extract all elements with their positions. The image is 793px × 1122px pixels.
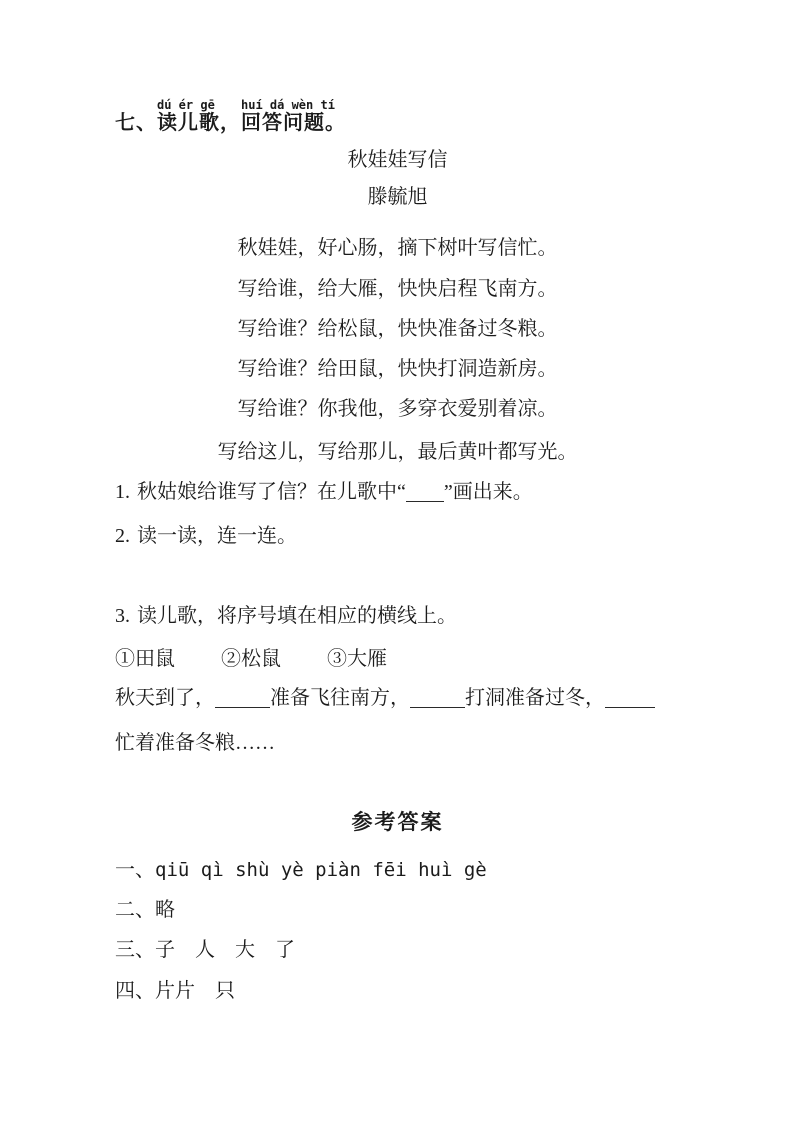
heading-text-answer-questions: 回答问题。 <box>241 112 346 135</box>
fill-sentence: 秋天到了，准备飞往南方，打洞准备过冬， <box>115 687 655 709</box>
answer-row-3: 三、子 人 大 了 <box>115 939 295 961</box>
section-number: 七、 <box>115 112 157 135</box>
question-1-blank <box>406 488 444 502</box>
question-3-text: 读儿歌，将序号填在相应的横线上。 <box>137 605 457 627</box>
option-wild-goose: ③大雁 <box>327 648 387 670</box>
fill-segment-2: 准备飞往南方， <box>270 687 410 709</box>
poem-title: 秋娃娃写信 <box>115 149 680 171</box>
answer-4-text: 片片 只 <box>155 980 235 1002</box>
answer-row-2: 二、略 <box>115 899 175 921</box>
fill-blank-3 <box>605 694 655 708</box>
answer-3-label: 三、 <box>115 939 155 961</box>
fill-blank-2 <box>410 694 465 708</box>
heading-group-read-rhyme: dú ér gē 读儿歌， <box>157 99 241 135</box>
heading-text-read-rhyme: 读儿歌， <box>157 112 241 135</box>
answer-row-4: 四、片片 只 <box>115 980 235 1002</box>
question-1-number: 1. <box>115 481 130 503</box>
poem-line-1: 秋娃娃，好心肠，摘下树叶写信忙。 <box>115 237 680 259</box>
section-heading: 七、 dú ér gē 读儿歌， huí dá wèn tí 回答问题。 <box>115 99 346 135</box>
question-3: 3.读儿歌，将序号填在相应的横线上。 <box>115 605 457 627</box>
fill-segment-3: 打洞准备过冬， <box>465 687 605 709</box>
answer-2-label: 二、 <box>115 899 155 921</box>
poem-line-3: 写给谁？给松鼠，快快准备过冬粮。 <box>115 318 680 340</box>
fill-blank-1 <box>215 694 270 708</box>
poem-line-5: 写给谁？你我他，多穿衣爱别着凉。 <box>115 398 680 420</box>
fill-segment-1: 秋天到了， <box>115 687 215 709</box>
pinyin-du-er-ge: dú ér gē <box>157 99 241 112</box>
answer-row-1: 一、qiū qì shù yè piàn fēi huì gè <box>115 859 487 881</box>
answer-4-label: 四、 <box>115 980 155 1002</box>
poem-line-2: 写给谁，给大雁，快快启程飞南方。 <box>115 278 680 300</box>
answer-1-text: qiū qì shù yè piàn fēi huì gè <box>155 859 487 881</box>
option-field-mouse: ①田鼠 <box>115 648 175 670</box>
poem-author: 滕毓旭 <box>115 186 680 208</box>
question-1-text-after: ”画出来。 <box>444 481 533 503</box>
answer-key-heading: 参考答案 <box>115 811 680 833</box>
question-2-text: 读一读，连一连。 <box>137 525 297 547</box>
fill-sentence-tail: 忙着准备冬粮…… <box>115 732 275 754</box>
question-3-number: 3. <box>115 605 130 627</box>
pinyin-hui-da-wen-ti: huí dá wèn tí <box>241 99 346 112</box>
question-1: 1.秋姑娘给谁写了信？在儿歌中“”画出来。 <box>115 481 533 503</box>
answer-3-text: 子 人 大 了 <box>155 939 295 961</box>
option-squirrel: ②松鼠 <box>221 648 281 670</box>
answer-1-label: 一、 <box>115 859 155 881</box>
poem-line-6: 写给这儿，写给那儿，最后黄叶都写光。 <box>115 441 680 463</box>
answer-2-text: 略 <box>155 899 175 921</box>
question-3-options: ①田鼠 ②松鼠 ③大雁 <box>115 648 387 670</box>
heading-group-answer-questions: huí dá wèn tí 回答问题。 <box>241 99 346 135</box>
question-1-text-before: 秋姑娘给谁写了信？在儿歌中“ <box>137 481 406 503</box>
worksheet-page: 七、 dú ér gē 读儿歌， huí dá wèn tí 回答问题。 秋娃娃… <box>0 0 793 1122</box>
question-2: 2.读一读，连一连。 <box>115 525 297 547</box>
question-2-number: 2. <box>115 525 130 547</box>
poem-line-4: 写给谁？给田鼠，快快打洞造新房。 <box>115 358 680 380</box>
